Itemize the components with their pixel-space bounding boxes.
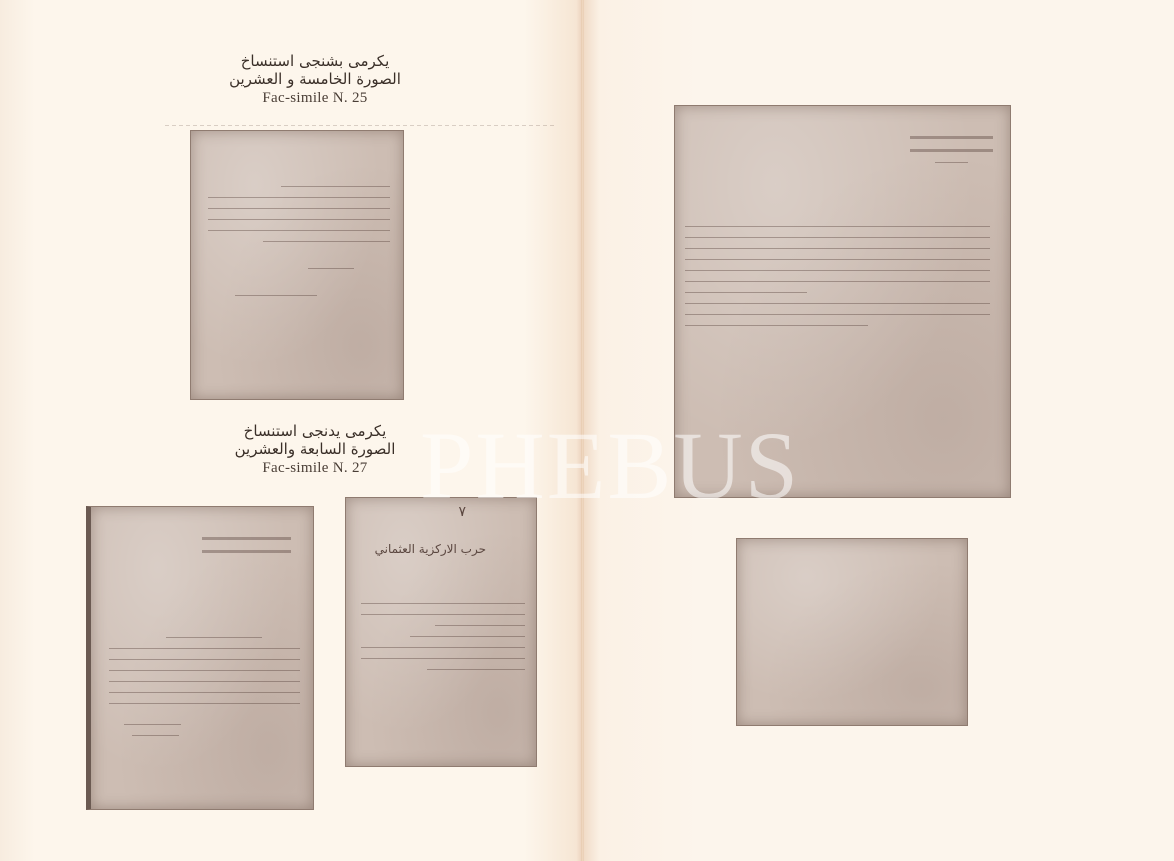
caption-arabic-line-1: يكرمى يدنجى استنساخ	[200, 422, 430, 440]
facsimile-25-image	[190, 130, 404, 400]
caption-arabic-line-2: الصورة السابعة والعشرين	[200, 440, 430, 458]
caption-latin: Fac-simile N. 27	[200, 459, 430, 477]
facsimile-right-top-image	[674, 105, 1011, 498]
typed-lines	[109, 627, 300, 746]
caption-latin: Fac-simile N. 25	[200, 89, 430, 107]
caption-arabic-line-2: الصورة الخامسة و العشرين	[200, 70, 430, 88]
book-gutter	[581, 0, 584, 861]
divider-rule	[165, 125, 555, 126]
caption-arabic-line-1: يكرمى بشنجى استنساخ	[200, 52, 430, 70]
caption-facsimile-25: يكرمى بشنجى استنساخ الصورة الخامسة و الع…	[200, 52, 430, 107]
caption-facsimile-27: يكرمى يدنجى استنساخ الصورة السابعة والعش…	[200, 422, 430, 477]
handwriting-lines	[685, 216, 990, 336]
typed-lines	[361, 593, 524, 680]
letterhead-mark	[910, 126, 994, 173]
handwriting-lines	[208, 176, 390, 306]
document-number: ٧	[458, 504, 466, 520]
facsimile-27-letterhead-image	[86, 506, 314, 810]
document-heading: حرب الاركزية العثماني	[375, 542, 486, 556]
facsimile-27-numbered-image: ٧ حرب الاركزية العثماني	[345, 497, 537, 767]
letterhead-mark	[202, 527, 291, 563]
facsimile-right-bottom-image	[736, 538, 968, 726]
